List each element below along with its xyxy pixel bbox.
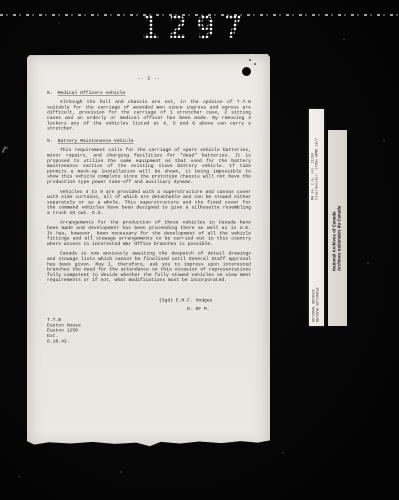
file-reference-dossier: File/dossier: 1/VEH ARMD 25/7 <box>315 130 319 200</box>
section-title: Battery Maintenance Vehicle <box>58 138 134 144</box>
file-reference-label: RG 24, C-5, vol. 12298 File/dossier: 1/V… <box>311 130 324 200</box>
typed-content: -- 2 -- 8.Medical Officers vehicle Altho… <box>47 76 251 344</box>
section-heading: 9.Battery Maintenance Vehicle <box>47 138 251 143</box>
section-medical-officers-vehicle: 8.Medical Officers vehicle Although the … <box>47 90 251 131</box>
section-title: Medical Officers vehicle <box>58 90 126 96</box>
page-number: -- 2 -- <box>47 76 251 81</box>
section-battery-maintenance-vehicle: 9.Battery Maintenance Vehicle This requi… <box>47 138 251 283</box>
paragraph: This requirement calls for the carriage … <box>47 148 251 185</box>
paper-speck <box>249 59 251 61</box>
paragraph: Vehicles 4 to 9 are provided with a supe… <box>47 189 251 215</box>
national-defence-french: DEFENSE NATIONALE <box>316 277 320 322</box>
film-frame-number: 1297 <box>141 11 252 45</box>
section-number: 8. <box>47 90 53 96</box>
national-defence-label: NATIONAL DEFENCE DEFENSE NATIONALE <box>312 277 324 322</box>
section-number: 9. <box>47 138 53 144</box>
signature-title: D. OF M. <box>187 306 251 311</box>
paper-speck <box>254 63 256 65</box>
national-archives-french: Archives nationales du Canada <box>337 191 342 271</box>
office-block: T.T.B Euston House Euston 1250 Ext. 8.10… <box>47 318 251 344</box>
paragraph: Canada is now anxiously awaiting the des… <box>47 251 251 283</box>
section-heading: 8.Medical Officers vehicle <box>47 90 251 95</box>
signature-line: (Sgd) E.M.F. Hodges <box>159 298 251 303</box>
microfilm-frame: 1297 -- 2 -- 8.Medical Officers vehicle … <box>0 0 399 500</box>
national-archives-label: National Archives of Canada Archives nat… <box>332 191 345 271</box>
office-date: 8.10.42. <box>47 339 251 344</box>
document-page: -- 2 -- 8.Medical Officers vehicle Altho… <box>27 54 270 447</box>
film-dust-specks <box>0 0 2 2</box>
hole-punch <box>242 67 251 76</box>
paragraph: Although the hull and chassis are not, i… <box>47 100 251 132</box>
film-scratch <box>1 146 6 153</box>
paragraph: Arrangements for the production of these… <box>47 220 251 246</box>
